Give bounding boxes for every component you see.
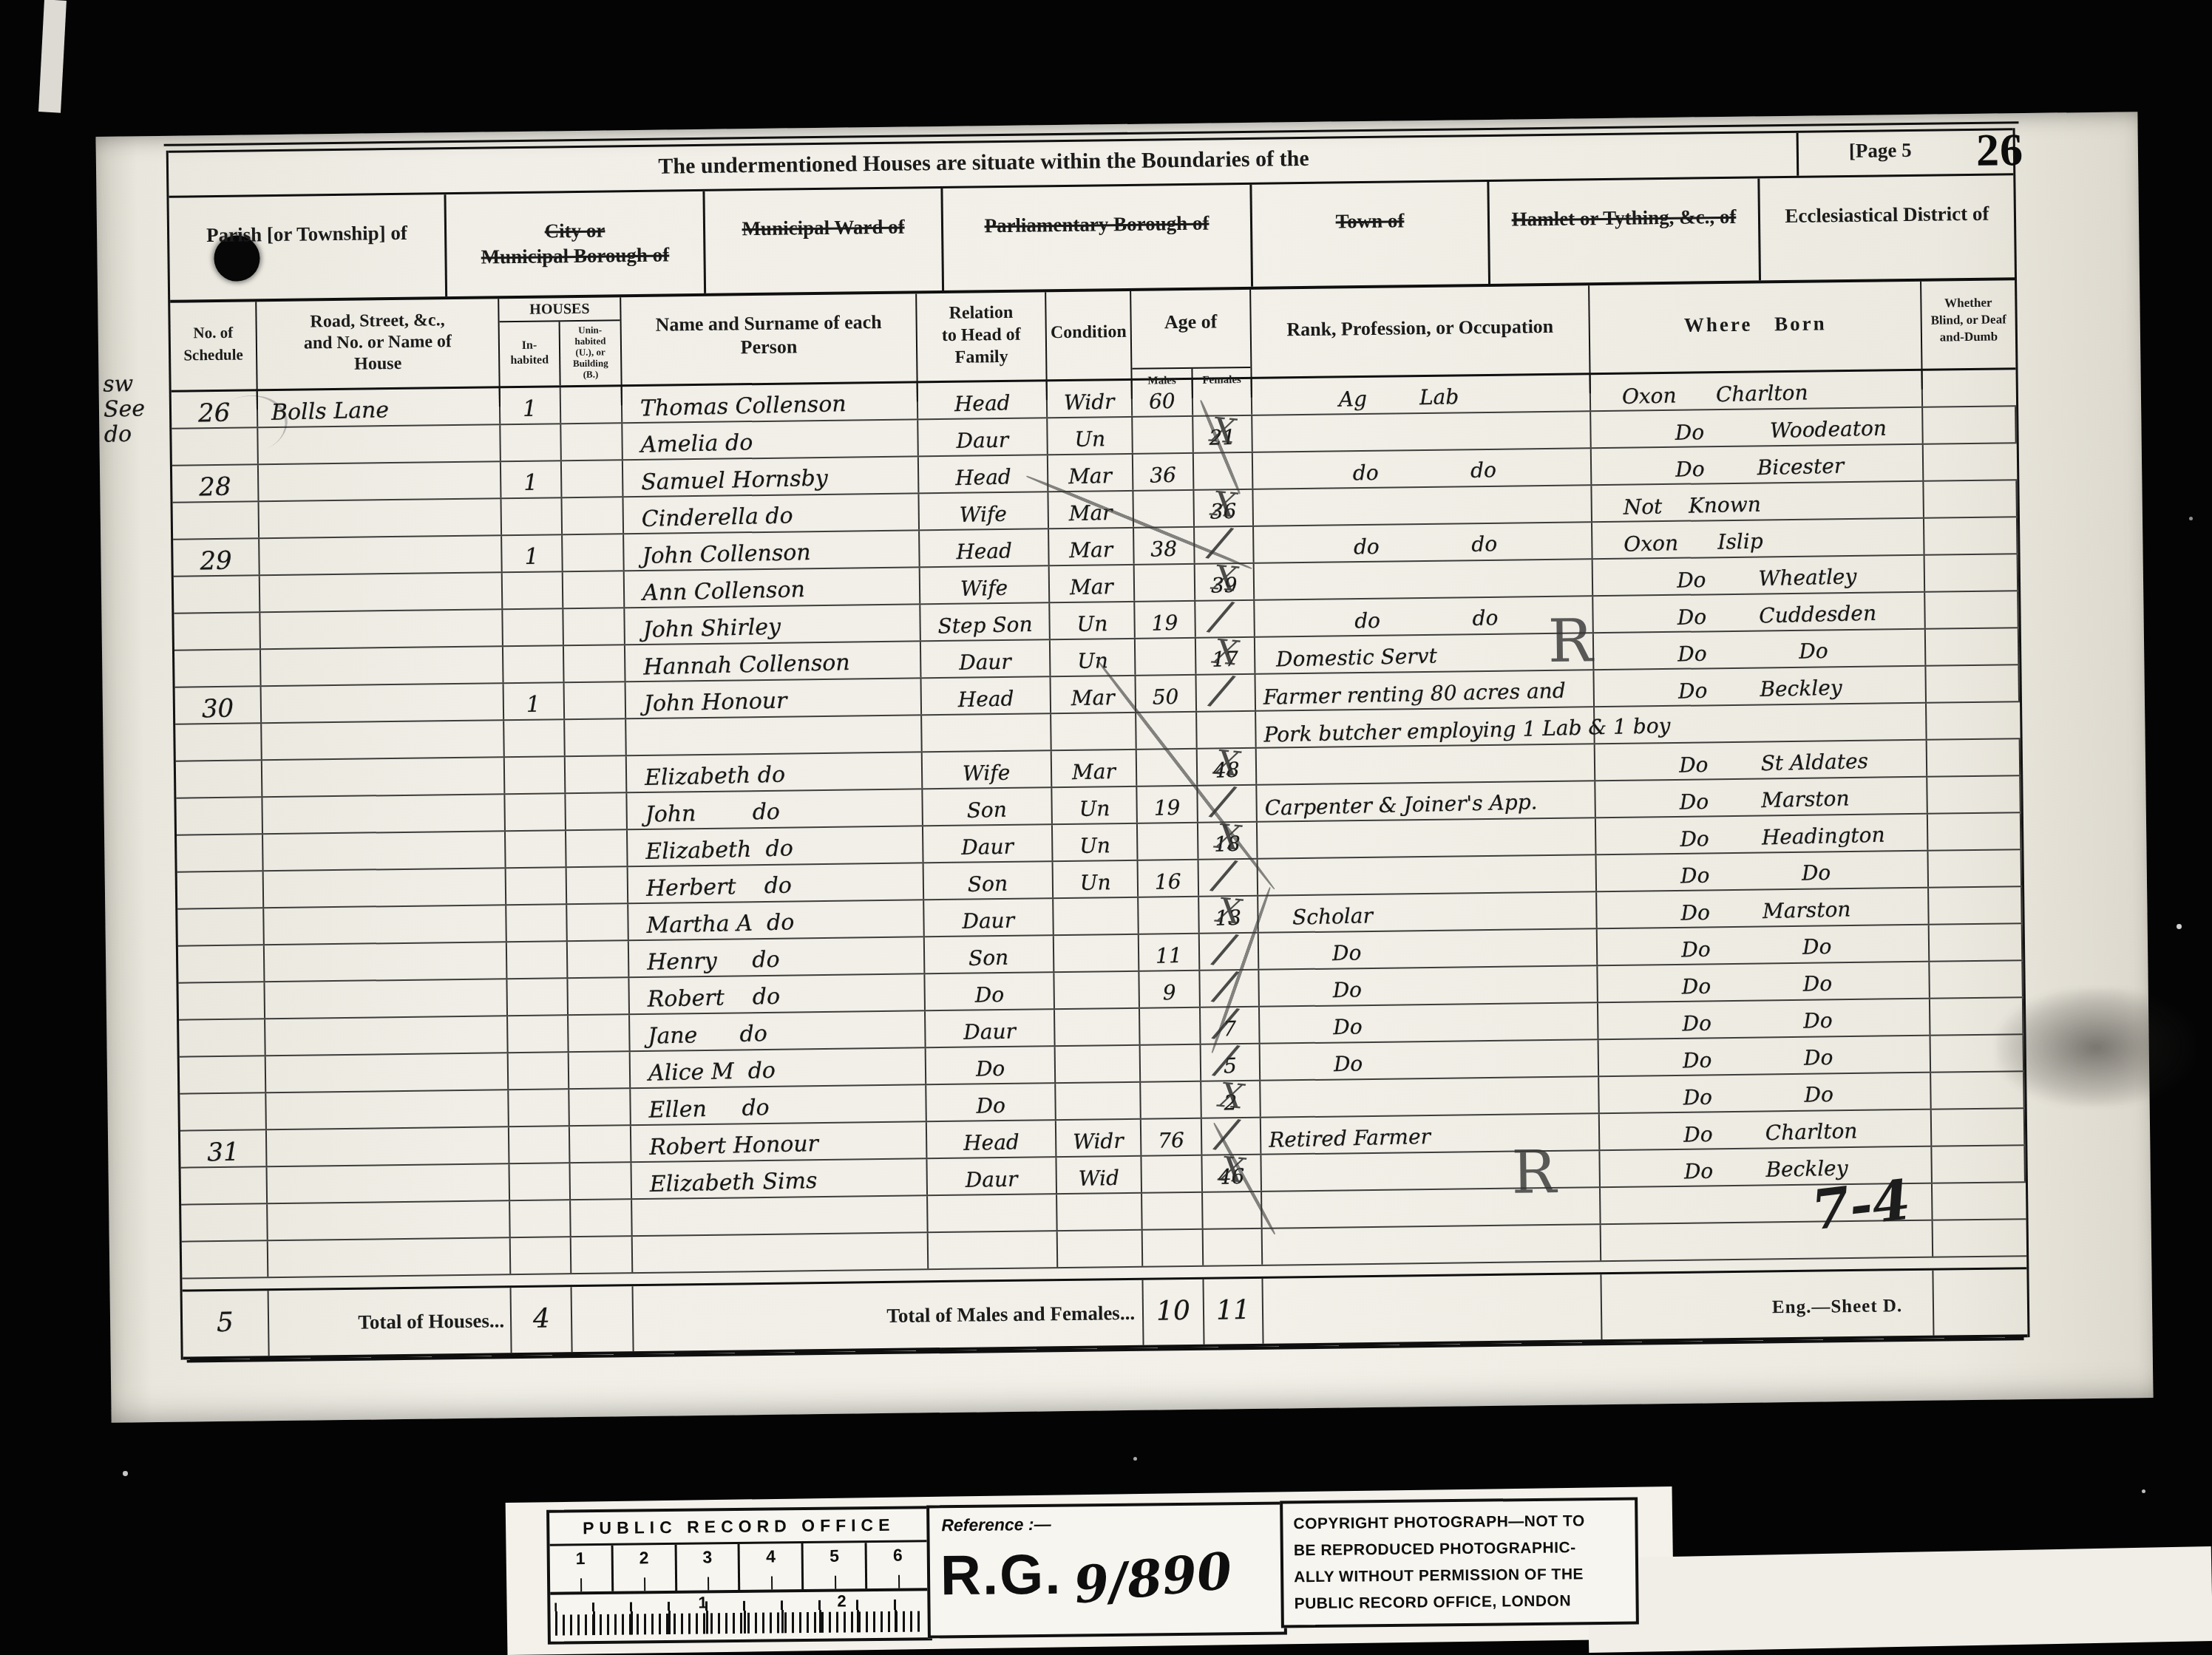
cell-name: John Shirley — [625, 605, 921, 644]
handwritten-schedule: 30 — [201, 696, 234, 723]
header-city-borough: City or Municipal Borough of — [446, 191, 706, 296]
handwritten-occupation: Carpenter & Joiner's App. — [1264, 789, 1538, 822]
cell-age_m: 16 — [1139, 860, 1200, 897]
cell-uninhabited — [567, 867, 629, 903]
inch-ruler: 1 2 3 4 5 6 — [550, 1542, 929, 1594]
header-hamlet: Hamlet or Tything, &c., of — [1489, 178, 1761, 283]
handwritten-relation: Wife — [960, 576, 1008, 603]
handwritten-condition: Un — [1079, 870, 1110, 897]
page-number-stamp: 26 — [1975, 124, 2023, 177]
handwritten-age_f: 13 — [1215, 905, 1241, 933]
total-males-females-label: Total of Males and Females... — [634, 1280, 1144, 1351]
total-houses-value: 4 — [532, 1306, 550, 1333]
header-ecclesiastical-district: Ecclesiastical District of — [1760, 175, 2015, 280]
handwritten-name: Amelia do — [640, 430, 753, 459]
cell-uninhabited — [565, 719, 627, 755]
cell-inhabited: 1 — [501, 461, 563, 497]
cell-uninhabited — [566, 793, 628, 829]
handwritten-name: Robert do — [647, 985, 780, 1014]
cell-blind — [1923, 370, 2017, 407]
cell-road — [259, 536, 503, 574]
cell-road — [268, 1201, 511, 1240]
cell-uninhabited — [568, 978, 630, 1014]
cell-schedule — [180, 1056, 267, 1092]
cell-occupation: do do — [1253, 449, 1592, 489]
handwritten-age_m: 36 — [1150, 463, 1176, 490]
handwritten-relation: Daur — [956, 428, 1008, 456]
cell-blind — [1927, 739, 2021, 776]
cell-relation: Daur — [921, 640, 1051, 677]
cell-schedule — [178, 945, 265, 982]
cell-age_m: 11 — [1139, 934, 1201, 971]
cell-condition — [1056, 1046, 1141, 1082]
cell-age_m: 19 — [1135, 602, 1196, 638]
handwritten-occupation: do do — [1262, 605, 1499, 637]
cell-uninhabited — [564, 645, 626, 682]
cell-age_m: 36 — [1133, 454, 1195, 490]
handwritten-relation: Head — [954, 390, 1010, 418]
cell-schedule: 29 — [173, 539, 260, 575]
handwritten-condition: Mar — [1069, 500, 1113, 528]
cell-condition — [1058, 1231, 1144, 1267]
handwritten-relation: Do — [974, 982, 1004, 1010]
header-parish: Parish [or Township] of — [169, 194, 447, 300]
cell-age_f: 36 — [1194, 490, 1254, 526]
cell-age_f: 7 — [1201, 1007, 1261, 1044]
handwritten-condition: Mar — [1071, 685, 1116, 713]
handwritten-schedule: 31 — [207, 1139, 240, 1166]
cell-schedule — [182, 1241, 269, 1277]
ruler-inch-mark: 4 — [740, 1543, 804, 1590]
photo-label-band — [1587, 1546, 2212, 1650]
handwritten-born: Do Do — [1630, 1045, 1833, 1076]
cell-age_f: 17 — [1196, 638, 1256, 674]
cell-uninhabited — [567, 904, 629, 940]
handwritten-age_f: 7 — [1223, 1016, 1237, 1043]
handwritten-occupation: do do — [1261, 531, 1498, 563]
cell-age_m — [1142, 1193, 1204, 1229]
handwritten-born: Do Woodeaton — [1622, 416, 1887, 449]
handwritten-schedule: 29 — [200, 548, 232, 576]
reference-series: R.G. — [940, 1543, 1062, 1608]
handwritten-relation: Head — [957, 686, 1014, 714]
cell-age_f — [1193, 379, 1253, 415]
handwritten-relation: Son — [968, 945, 1009, 973]
cell-schedule — [177, 908, 265, 945]
cell-born: Do Bicester — [1592, 445, 1924, 484]
cell-age_f: 21 — [1193, 416, 1253, 452]
film-speckles — [0, 0, 2, 2]
cell-born: Do Do — [1599, 1036, 1932, 1075]
cell-inhabited — [501, 424, 562, 461]
public-record-office-stamp: PUBLIC RECORD OFFICE 1 2 3 4 5 6 1 2 — [546, 1506, 932, 1644]
cell-age_m: 38 — [1134, 528, 1195, 564]
cell-road — [262, 721, 505, 759]
handwritten-age_m: 76 — [1158, 1128, 1184, 1155]
cell-blind — [1925, 591, 2019, 628]
handwritten-occupation: Do — [1266, 940, 1362, 969]
cell-name: Jane do — [630, 1011, 926, 1050]
cell-name — [626, 716, 923, 755]
cell-occupation — [1257, 744, 1596, 784]
cell-relation: Wife — [920, 566, 1051, 603]
cell-road — [259, 499, 503, 537]
cell-name: Elizabeth Sims — [631, 1159, 928, 1198]
cell-age_m — [1141, 1045, 1202, 1081]
cell-born: Do Marston — [1595, 778, 1928, 817]
cell-blind — [1931, 1072, 2025, 1109]
cell-age_f: 2 — [1201, 1081, 1261, 1118]
cell-condition: Mar — [1048, 492, 1134, 528]
handwritten-name: Jane do — [648, 1022, 767, 1051]
cell-relation: Head — [919, 455, 1049, 492]
handwritten-age_m: 9 — [1162, 980, 1176, 1007]
cell-name: Cinderella do — [623, 494, 920, 533]
cell-road — [262, 684, 505, 722]
cell-road: Bolls Lane — [258, 388, 501, 427]
cell-uninhabited — [563, 608, 625, 645]
cell-blind — [1924, 517, 2018, 554]
cell-blind — [1928, 850, 2022, 887]
cell-blind — [1930, 998, 2024, 1035]
cell-inhabited — [508, 1016, 569, 1052]
handwritten-name: Henry do — [647, 948, 780, 977]
cell-uninhabited — [570, 1126, 632, 1162]
handwritten-name: Alice M do — [648, 1058, 776, 1088]
handwritten-name: John Honour — [644, 689, 787, 718]
handwritten-age_m: 16 — [1155, 869, 1181, 897]
cell-age_f — [1194, 453, 1254, 489]
handwritten-age_f: 48 — [1213, 758, 1240, 785]
handwritten-relation: Son — [967, 798, 1008, 825]
cell-born: Do Cuddesden — [1593, 593, 1926, 632]
cell-occupation — [1263, 1225, 1602, 1265]
col-houses: HOUSES — [499, 297, 620, 322]
cell-road — [263, 832, 506, 870]
total-females-value: 11 — [1216, 1298, 1251, 1325]
cell-age_f — [1202, 1118, 1262, 1155]
cell-schedule — [176, 761, 263, 797]
cell-occupation — [1253, 486, 1592, 526]
cell-blind — [1928, 813, 2022, 850]
cell-born: Do Do — [1598, 999, 1931, 1039]
cell-condition — [1054, 972, 1140, 1008]
cell-uninhabited — [571, 1237, 634, 1273]
handwritten-born: Do Wheatley — [1624, 564, 1857, 596]
cell-relation: Step Son — [920, 603, 1051, 640]
ruler-inch-mark: 2 — [613, 1545, 676, 1591]
col-uninhabited: Unin- habited (U.), or Building (B.) — [560, 321, 621, 385]
cell-inhabited — [506, 905, 568, 941]
cell-condition: Un — [1053, 824, 1139, 860]
total-males-value: 10 — [1156, 1299, 1191, 1326]
cell-name: Ellen do — [631, 1085, 927, 1124]
cell-born: Oxon Islip — [1592, 519, 1925, 558]
cell-age_f: 5 — [1201, 1044, 1261, 1081]
cell-occupation: do do — [1254, 523, 1593, 563]
cell-condition: Un — [1051, 639, 1136, 676]
cell-age_f — [1203, 1192, 1263, 1228]
handwritten-relation: Daur — [963, 1019, 1016, 1047]
handwritten-born: Do Marston — [1626, 786, 1850, 818]
cell-occupation: Do — [1261, 1040, 1600, 1080]
cell-born: Do Marston — [1597, 888, 1930, 928]
ruler-inch-mark: 1 — [550, 1546, 614, 1592]
handwritten-relation: Daur — [962, 908, 1014, 936]
cell-road — [264, 905, 507, 944]
cell-age_f: 18 — [1198, 823, 1258, 859]
cell-inhabited: 1 — [504, 683, 566, 719]
cell-name: Ann Collenson — [625, 568, 921, 607]
ruler-inch-mark: 3 — [676, 1544, 740, 1591]
handwritten-name: Elizabeth do — [645, 836, 793, 866]
cell-name: Alice M do — [631, 1048, 927, 1087]
cell-occupation: Ag Lab — [1252, 375, 1592, 415]
cell-occupation: Pork butcher employing 1 Lab & 1 boy — [1256, 707, 1595, 747]
cell-relation: Do — [926, 1047, 1056, 1084]
ruler-inch-mark: 5 — [804, 1543, 867, 1589]
cell-born: Do Do — [1594, 630, 1927, 669]
handwritten-born: Do St Aldates — [1626, 749, 1869, 781]
handwritten-name: Hannah Collenson — [643, 650, 850, 682]
copyright-line: PUBLIC RECORD OFFICE, LONDON — [1294, 1588, 1635, 1618]
cell-road — [267, 1127, 510, 1166]
handwritten-condition: Mar — [1072, 759, 1116, 786]
handwritten-born: Do Do — [1629, 971, 1832, 1002]
cell-name: Amelia do — [622, 420, 919, 459]
cell-born: Do Charlton — [1600, 1110, 1933, 1149]
cm-ruler: 1 2 — [550, 1591, 929, 1638]
cell-relation: Head — [927, 1121, 1057, 1158]
cell-schedule — [173, 502, 260, 538]
handwritten-age_f: 5 — [1224, 1053, 1238, 1080]
handwritten-born: Do Headington — [1627, 823, 1885, 855]
cell-born: Do Do — [1597, 852, 1930, 891]
cell-schedule — [174, 650, 262, 686]
cell-relation — [929, 1231, 1059, 1268]
reference-value: R.G.9/890 — [940, 1540, 1232, 1608]
page-number-box: [Page 5 26 — [1797, 130, 2014, 176]
pencil-r-mark: R — [1547, 606, 1592, 676]
handwritten-condition: Un — [1079, 833, 1110, 860]
cell-relation — [928, 1194, 1058, 1231]
cell-relation: Head — [922, 677, 1052, 714]
handwritten-relation: Head — [963, 1129, 1019, 1158]
handwritten-name: John Collenson — [642, 540, 811, 571]
handwritten-name: Elizabeth do — [645, 763, 786, 792]
form-title: The undermentioned Houses are situate wi… — [169, 140, 1799, 186]
cell-uninhabited — [571, 1200, 633, 1236]
handwritten-occupation: Do — [1267, 1014, 1363, 1043]
handwritten-age_f: 2 — [1224, 1090, 1238, 1117]
cell-blind — [1924, 444, 2018, 480]
cell-road — [266, 1090, 509, 1129]
handwritten-condition: Mar — [1069, 537, 1113, 565]
cell-schedule — [177, 835, 264, 871]
cell-uninhabited — [569, 1052, 631, 1088]
cell-age_m — [1136, 639, 1197, 675]
cell-age_m: 19 — [1137, 786, 1198, 823]
cell-occupation — [1258, 818, 1597, 858]
handwritten-relation: Wife — [963, 761, 1011, 788]
ruler-inch-mark: 6 — [867, 1542, 929, 1588]
handwritten-age_f: 46 — [1218, 1164, 1245, 1192]
cell-age_m — [1135, 565, 1196, 601]
handwritten-occupation: Retired Farmer — [1269, 1124, 1431, 1155]
cell-age_m: 9 — [1139, 971, 1201, 1007]
cell-condition — [1054, 898, 1139, 934]
handwritten-name: Herbert do — [646, 873, 793, 903]
cell-relation: Daur — [927, 1158, 1057, 1194]
handwritten-born: Oxon Islip — [1624, 529, 1763, 558]
cell-road — [266, 1053, 509, 1092]
reference-label: Reference :— — [941, 1515, 1051, 1536]
cell-blind — [1933, 1220, 2027, 1257]
cell-condition: Wid — [1056, 1157, 1142, 1193]
handwritten-relation: Head — [956, 538, 1012, 566]
photograph-background: sw See do The undermentioned Houses are … — [0, 0, 2212, 1650]
cell-uninhabited — [570, 1163, 632, 1199]
cell-uninhabited — [562, 497, 624, 534]
cell-occupation: Do — [1259, 966, 1598, 1006]
cell-name: Hannah Collenson — [625, 642, 922, 681]
schedule-total: 5 — [217, 1311, 234, 1338]
cell-age_f — [1198, 786, 1258, 822]
sheet-label: Eng.—Sheet D. — [1772, 1296, 1903, 1318]
cell-condition: Un — [1048, 418, 1133, 454]
handwritten-age_m: 11 — [1156, 943, 1182, 971]
cell-age_f: 13 — [1199, 897, 1259, 933]
copyright-line: ALLY WITHOUT PERMISSION OF THE — [1294, 1561, 1635, 1591]
cell-inhabited — [511, 1237, 572, 1274]
cell-schedule — [174, 613, 261, 649]
cell-age_f: 48 — [1198, 749, 1258, 785]
cell-road — [260, 573, 503, 611]
cell-condition — [1051, 713, 1137, 750]
handwritten-occupation: Farmer renting 80 acres and — [1263, 679, 1566, 712]
cell-uninhabited — [568, 941, 630, 977]
cell-born: Do St Aldates — [1595, 741, 1928, 780]
cell-born: Do Wheatley — [1593, 556, 1926, 595]
cell-occupation: do do — [1255, 597, 1594, 636]
cell-age_f — [1204, 1229, 1263, 1265]
cell-uninhabited — [569, 1089, 631, 1125]
cell-schedule — [181, 1167, 268, 1203]
col-inhabited: In- habited — [500, 322, 561, 386]
handwritten-occupation: Do — [1266, 977, 1362, 1006]
cell-age_m — [1141, 1156, 1203, 1192]
handwritten-born: Do Beckley — [1625, 676, 1842, 707]
handwritten-age_m: 19 — [1153, 795, 1180, 823]
cell-relation: Son — [924, 862, 1054, 899]
handwritten-age_m: 38 — [1150, 537, 1177, 564]
handwritten-name: John do — [645, 800, 780, 829]
handwritten-inhabited: 1 — [523, 471, 538, 497]
cell-occupation — [1258, 855, 1598, 895]
cell-road — [268, 1164, 511, 1203]
handwritten-condition: Un — [1077, 648, 1108, 676]
cell-age_m — [1140, 1008, 1201, 1044]
cell-name: Henry do — [629, 937, 926, 976]
cell-age_m: 50 — [1136, 676, 1197, 712]
cell-inhabited — [503, 572, 564, 608]
cell-occupation: Do — [1259, 929, 1598, 969]
census-form: The undermentioned Houses are situate wi… — [166, 128, 2030, 1359]
cell-relation: Do — [925, 973, 1055, 1010]
handwritten-relation: Head — [955, 464, 1011, 492]
copyright-stamp: COPYRIGHT PHOTOGRAPH—NOT TO BE REPRODUCE… — [1280, 1497, 1639, 1628]
cell-road — [265, 979, 508, 1018]
handwritten-condition: Widr — [1073, 1129, 1124, 1157]
cell-relation: Son — [925, 936, 1055, 973]
handwritten-condition: Un — [1079, 796, 1110, 823]
cell-schedule: 31 — [180, 1130, 268, 1166]
cell-uninhabited — [569, 1015, 631, 1051]
cell-inhabited — [505, 757, 566, 793]
handwritten-born: Do Charlton — [1631, 1118, 1858, 1150]
handwritten-occupation: do do — [1261, 458, 1497, 489]
cell-relation: Daur — [926, 1010, 1056, 1047]
handwritten-age_f: 17 — [1212, 647, 1238, 674]
cell-relation: Head — [920, 529, 1050, 566]
cell-road — [258, 425, 501, 463]
handwritten-name: Thomas Collenson — [640, 392, 847, 423]
cell-inhabited — [502, 498, 563, 534]
cell-schedule: 30 — [175, 687, 262, 723]
cell-occupation — [1261, 1077, 1600, 1117]
pencil-r-mark: R — [1511, 1138, 1556, 1207]
cell-inhabited — [509, 1090, 570, 1126]
handwritten-born: Do Do — [1629, 1008, 1833, 1039]
cell-born: Not Known — [1592, 482, 1924, 521]
handwritten-born: Do Bicester — [1623, 454, 1845, 486]
cell-blind — [1925, 554, 2019, 591]
cell-inhabited: 1 — [502, 535, 563, 571]
handwritten-age_m: 60 — [1149, 389, 1175, 416]
handwritten-name: Ellen do — [648, 1095, 770, 1125]
cell-born: Do Beckley — [1594, 667, 1927, 706]
cell-born: Do Headington — [1596, 815, 1929, 854]
handwritten-born: Oxon Charlton — [1622, 380, 1808, 411]
handwritten-born: Do Do — [1629, 934, 1832, 965]
cell-inhabited — [507, 979, 569, 1015]
cell-condition: Widr — [1056, 1120, 1142, 1156]
cell-occupation: Carpenter & Joiner's App. — [1257, 781, 1596, 821]
census-page: sw See do The undermentioned Houses are … — [95, 112, 2153, 1423]
handwritten-inhabited: 1 — [525, 545, 540, 571]
reference-stamp: Reference :— R.G.9/890 — [926, 1501, 1287, 1638]
cell-road — [264, 869, 507, 907]
cell-occupation — [1255, 560, 1594, 599]
handwritten-inhabited: 1 — [526, 693, 541, 719]
cell-road — [260, 610, 503, 648]
cell-condition: Un — [1050, 602, 1136, 639]
total-houses-label: Total of Houses... — [269, 1288, 512, 1356]
cell-schedule — [178, 982, 265, 1019]
cell-condition: Mar — [1051, 676, 1137, 713]
cell-name: Elizabeth do — [628, 826, 924, 866]
cell-condition: Mar — [1050, 565, 1136, 602]
cell-inhabited — [510, 1163, 571, 1200]
page-label: [Page 5 — [1849, 139, 1912, 163]
handwritten-relation: Do — [975, 1056, 1005, 1084]
cell-relation: Wife — [923, 751, 1053, 788]
cell-born: Do Do — [1599, 1073, 1932, 1112]
cell-schedule — [179, 1019, 266, 1056]
cell-inhabited — [503, 609, 564, 645]
handwritten-age_f: 21 — [1209, 425, 1235, 452]
handwritten-occupation: Do — [1268, 1051, 1363, 1080]
